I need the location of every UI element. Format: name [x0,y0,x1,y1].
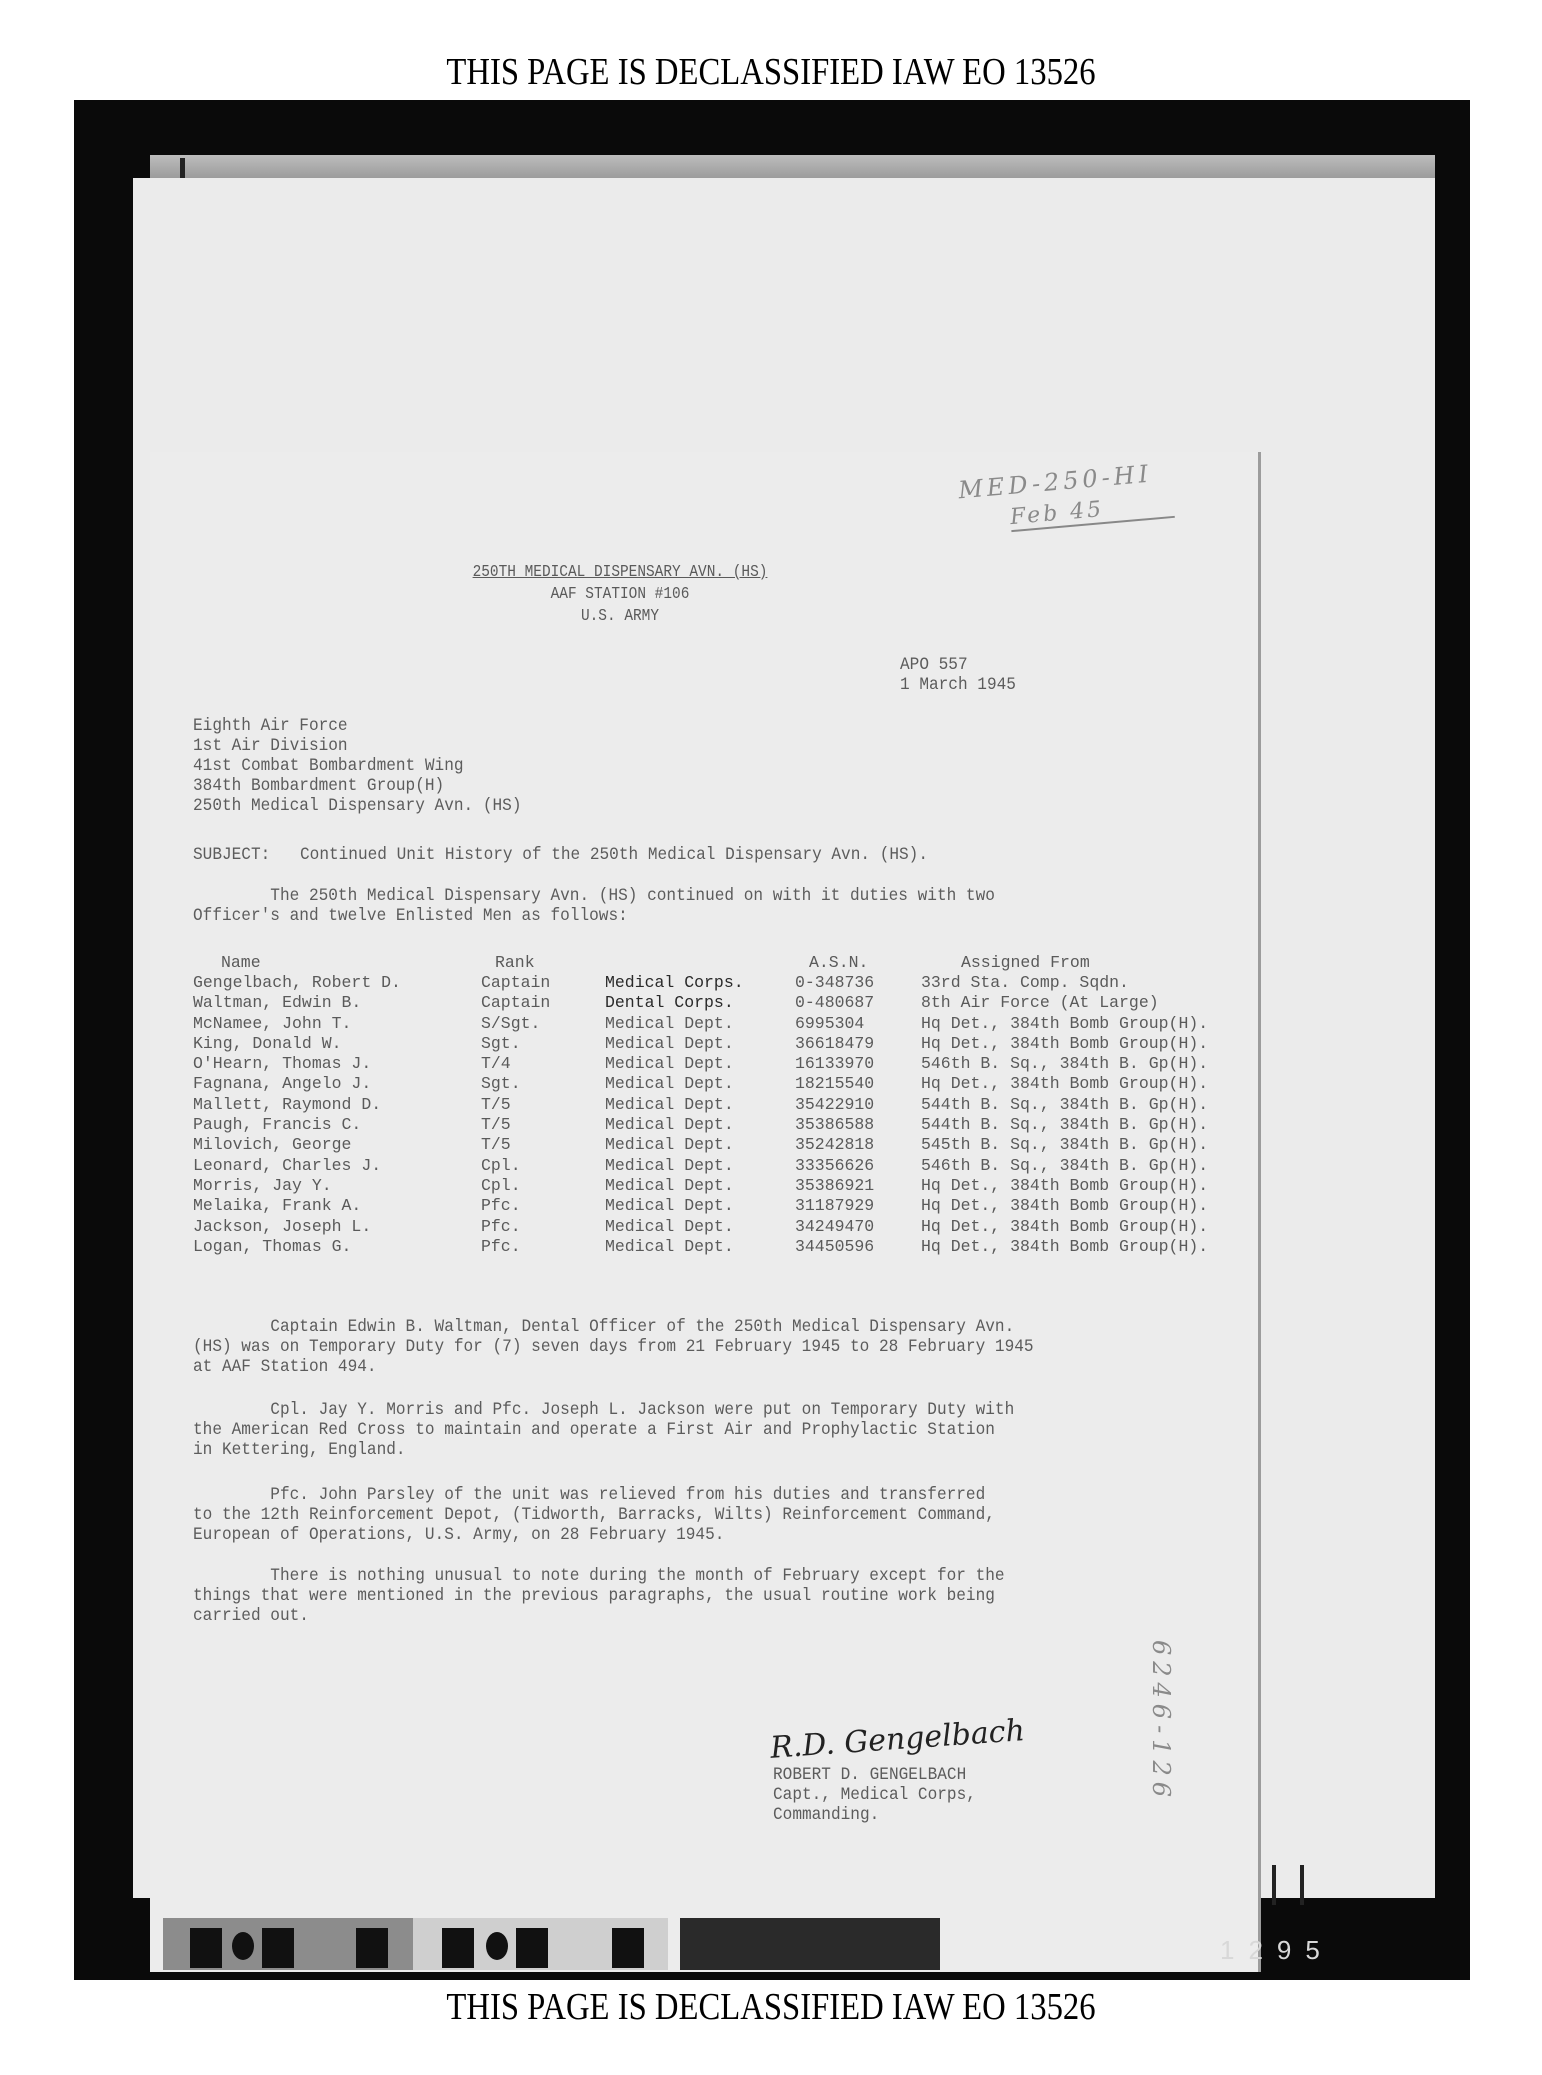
edge-mark [1272,1865,1276,1905]
roster-asn: 36618479 [795,1033,921,1053]
roster-name: Mallett, Raymond D. [193,1094,481,1114]
roster-asn: 35422910 [795,1094,921,1114]
roster-row: Mallett, Raymond D.T/5Medical Dept.35422… [193,1094,1381,1114]
roster-assigned-from: Hq Det., 384th Bomb Group(H). [921,1013,1381,1033]
roster-asn: 35386588 [795,1114,921,1134]
paragraph-line: Cpl. Jay Y. Morris and Pfc. Joseph L. Ja… [193,1400,1014,1421]
roster-department: Medical Dept. [605,1216,795,1236]
roster-name: Logan, Thomas G. [193,1236,481,1256]
roster-asn: 0-480687 [795,993,921,1013]
letterhead-service: U.S. ARMY [365,606,875,628]
roster-name: Fagnana, Angelo J. [193,1074,481,1094]
film-hole [190,1928,222,1968]
roster-department: Medical Dept. [605,1236,795,1256]
roster-asn: 6995304 [795,1013,921,1033]
roster-rank: T/5 [481,1094,605,1114]
signatory-title: Capt., Medical Corps, [773,1785,976,1806]
roster-department: Medical Dept. [605,1114,795,1134]
paragraph-line: in Kettering, England. [193,1440,406,1461]
address-line: Eighth Air Force [193,716,348,737]
roster-rank: T/5 [481,1114,605,1134]
roster-name: Paugh, Francis C. [193,1114,481,1134]
roster-asn: 18215540 [795,1074,921,1094]
roster-rank: Sgt. [481,1033,605,1053]
roster-asn: 35242818 [795,1135,921,1155]
roster-asn: 34450596 [795,1236,921,1256]
edge-mark [180,158,185,180]
intro-paragraph-line: The 250th Medical Dispensary Avn. (HS) c… [193,886,995,907]
roster-assigned-from: Hq Det., 384th Bomb Group(H). [921,1074,1381,1094]
roster-row: Waltman, Edwin B.CaptainDental Corps.0-4… [193,993,1381,1013]
roster-department: Medical Dept. [605,1033,795,1053]
roster-name: Gengelbach, Robert D. [193,972,481,992]
roster-department: Medical Dept. [605,1196,795,1216]
subject-text: Continued Unit History of the 250th Medi… [300,845,928,866]
address-line: 41st Combat Bombardment Wing [193,756,464,777]
roster-name: Leonard, Charles J. [193,1155,481,1175]
roster-asn: 0-348736 [795,972,921,992]
roster-rank: S/Sgt. [481,1013,605,1033]
paragraph-line: things that were mentioned in the previo… [193,1586,995,1607]
film-frame-number: 1295 [1220,1935,1334,1966]
roster-name: O'Hearn, Thomas J. [193,1053,481,1073]
letterhead-station: AAF STATION #106 [365,584,875,606]
roster-rank: Cpl. [481,1155,605,1175]
roster-row: O'Hearn, Thomas J.T/4Medical Dept.161339… [193,1053,1381,1073]
paragraph-line: Pfc. John Parsley of the unit was reliev… [193,1485,985,1506]
letterhead: 250TH MEDICAL DISPENSARY AVN. (HS) AAF S… [320,562,920,628]
film-target-block [680,1918,940,1970]
roster-department: Medical Dept. [605,1074,795,1094]
roster-department: Medical Dept. [605,1155,795,1175]
roster-name: Morris, Jay Y. [193,1175,481,1195]
roster-rank: Pfc. [481,1216,605,1236]
roster-rank: Pfc. [481,1196,605,1216]
back-page-top-edge [150,155,1435,179]
roster-assigned-from: 544th B. Sq., 384th B. Gp(H). [921,1114,1381,1134]
intro-paragraph-line: Officer's and twelve Enlisted Men as fol… [193,906,628,927]
paragraph-line: the American Red Cross to maintain and o… [193,1420,995,1441]
roster-department: Medical Dept. [605,1175,795,1195]
address-line: 384th Bombardment Group(H) [193,776,444,797]
roster-row: King, Donald W.Sgt.Medical Dept.36618479… [193,1033,1381,1053]
roster-rank: Cpl. [481,1175,605,1195]
roster-rank: T/4 [481,1053,605,1073]
header-assigned-from: Assigned From [921,952,1381,972]
personnel-roster: Name Rank A.S.N. Assigned From Gengelbac… [193,952,1381,1256]
roster-department: Medical Dept. [605,1135,795,1155]
roster-asn: 35386921 [795,1175,921,1195]
paragraph-line: There is nothing unusual to note during … [193,1566,1005,1587]
header-rank: Rank [481,952,605,972]
roster-row: Logan, Thomas G.Pfc.Medical Dept.3445059… [193,1236,1381,1256]
roster-row: Paugh, Francis C.T/5Medical Dept.3538658… [193,1114,1381,1134]
apo-number: APO 557 [900,655,968,676]
roster-rank: Captain [481,972,605,992]
roster-name: King, Donald W. [193,1033,481,1053]
film-dot [232,1932,254,1960]
margin-handwritten-number: 6246-126 [1147,1640,1175,1803]
roster-row: Melaika, Frank A.Pfc.Medical Dept.311879… [193,1196,1381,1216]
subject-label: SUBJECT: [193,845,270,866]
roster-header: Name Rank A.S.N. Assigned From [193,952,1381,972]
roster-assigned-from: 546th B. Sq., 384th B. Gp(H). [921,1155,1381,1175]
roster-row: Gengelbach, Robert D.CaptainMedical Corp… [193,972,1381,992]
roster-assigned-from: 546th B. Sq., 384th B. Gp(H). [921,1053,1381,1073]
signatory-role: Commanding. [773,1805,879,1826]
header-asn: A.S.N. [795,952,921,972]
paragraph-line: European of Operations, U.S. Army, on 28… [193,1525,724,1546]
roster-name: Melaika, Frank A. [193,1196,481,1216]
roster-name: Jackson, Joseph L. [193,1216,481,1236]
paragraph-line: Captain Edwin B. Waltman, Dental Officer… [193,1317,1014,1338]
roster-assigned-from: Hq Det., 384th Bomb Group(H). [921,1196,1381,1216]
declassification-banner-top: THIS PAGE IS DECLASSIFIED IAW EO 13526 [108,50,1434,94]
roster-assigned-from: 33rd Sta. Comp. Sqdn. [921,972,1381,992]
roster-department: Medical Corps. [605,972,795,992]
roster-assigned-from: Hq Det., 384th Bomb Group(H). [921,1236,1381,1256]
roster-rank: Captain [481,993,605,1013]
roster-rank: T/5 [481,1135,605,1155]
letterhead-unit: 250TH MEDICAL DISPENSARY AVN. (HS) [365,562,875,584]
paragraph-line: at AAF Station 494. [193,1357,377,1378]
roster-department: Dental Corps. [605,993,795,1013]
film-hole [516,1928,548,1968]
roster-assigned-from: 8th Air Force (At Large) [921,993,1381,1013]
roster-asn: 34249470 [795,1216,921,1236]
roster-department: Medical Dept. [605,1094,795,1114]
header-name: Name [193,952,481,972]
roster-assigned-from: Hq Det., 384th Bomb Group(H). [921,1175,1381,1195]
paragraph-line: to the 12th Reinforcement Depot, (Tidwor… [193,1505,995,1526]
roster-name: McNamee, John T. [193,1013,481,1033]
address-line: 1st Air Division [193,736,348,757]
roster-name: Milovich, George [193,1135,481,1155]
roster-assigned-from: Hq Det., 384th Bomb Group(H). [921,1216,1381,1236]
paragraph-line: carried out. [193,1606,309,1627]
film-hole [442,1928,474,1968]
film-hole [612,1928,644,1968]
paragraph-line: (HS) was on Temporary Duty for (7) seven… [193,1337,1034,1358]
roster-asn: 33356626 [795,1155,921,1175]
roster-row: Fagnana, Angelo J.Sgt.Medical Dept.18215… [193,1074,1381,1094]
film-hole [356,1928,388,1968]
roster-row: Jackson, Joseph L.Pfc.Medical Dept.34249… [193,1216,1381,1236]
roster-row: Leonard, Charles J.Cpl.Medical Dept.3335… [193,1155,1381,1175]
roster-department: Medical Dept. [605,1053,795,1073]
roster-name: Waltman, Edwin B. [193,993,481,1013]
roster-asn: 16133970 [795,1053,921,1073]
roster-department: Medical Dept. [605,1013,795,1033]
document-date: 1 March 1945 [900,675,1016,696]
signatory-name: ROBERT D. GENGELBACH [773,1765,966,1786]
roster-row: Morris, Jay Y.Cpl.Medical Dept.35386921H… [193,1175,1381,1195]
roster-rank: Pfc. [481,1236,605,1256]
header-dept [605,952,795,972]
edge-mark [1300,1865,1304,1905]
roster-row: Milovich, GeorgeT/5Medical Dept.35242818… [193,1135,1381,1155]
roster-rank: Sgt. [481,1074,605,1094]
roster-assigned-from: 545th B. Sq., 384th B. Gp(H). [921,1135,1381,1155]
declassification-banner-bottom: THIS PAGE IS DECLASSIFIED IAW EO 13526 [108,1985,1434,2029]
roster-assigned-from: 544th B. Sq., 384th B. Gp(H). [921,1094,1381,1114]
roster-row: McNamee, John T.S/Sgt.Medical Dept.69953… [193,1013,1381,1033]
roster-assigned-from: Hq Det., 384th Bomb Group(H). [921,1033,1381,1053]
address-line: 250th Medical Dispensary Avn. (HS) [193,796,521,817]
film-dot [486,1932,508,1960]
film-hole [262,1928,294,1968]
roster-asn: 31187929 [795,1196,921,1216]
